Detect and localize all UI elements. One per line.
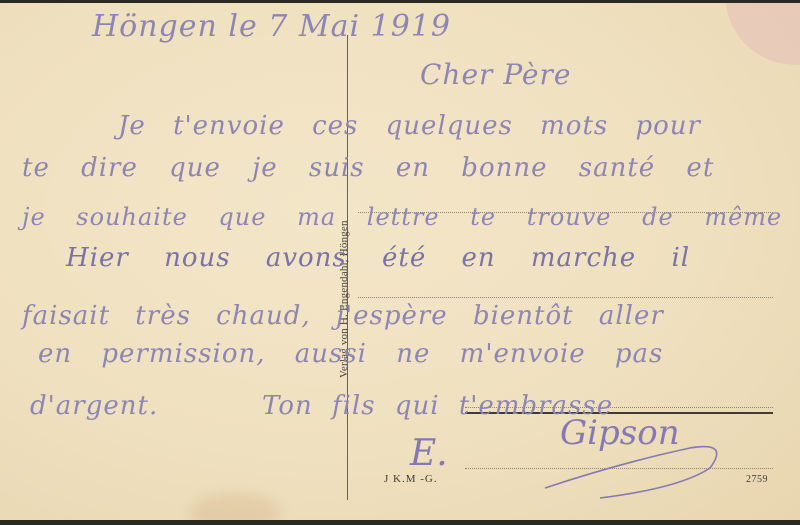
postcard-back: Verlag von H. Engendahl, Höngen J K.M -G… <box>0 3 800 520</box>
dateline: Höngen le 7 Mai 1919 <box>92 9 451 44</box>
letter-line-6: en permission, aussi ne m'envoie pas <box>38 339 663 369</box>
signature-flourish <box>540 443 740 503</box>
letter-line-4: Hier nous avons été en marche il <box>66 243 690 273</box>
letter-line-7: d'argent. <box>30 391 158 421</box>
letter-line-3: je souhaite que ma lettre te trouve de m… <box>22 203 782 231</box>
card-number: 2759 <box>746 474 768 485</box>
letter-line-1: Je t'envoie ces quelques mots pour <box>118 111 701 141</box>
address-line-2 <box>358 297 773 298</box>
salutation: Cher Père <box>420 58 571 91</box>
printer-mark: J K.M -G. <box>384 473 438 485</box>
brown-stain <box>190 493 280 520</box>
letter-line-5: faisait très chaud, j'espère bientôt all… <box>22 301 664 331</box>
signature-initial: E. <box>410 433 448 474</box>
letter-line-2: te dire que je suis en bonne santé et <box>22 153 714 183</box>
pink-stain <box>725 3 800 74</box>
